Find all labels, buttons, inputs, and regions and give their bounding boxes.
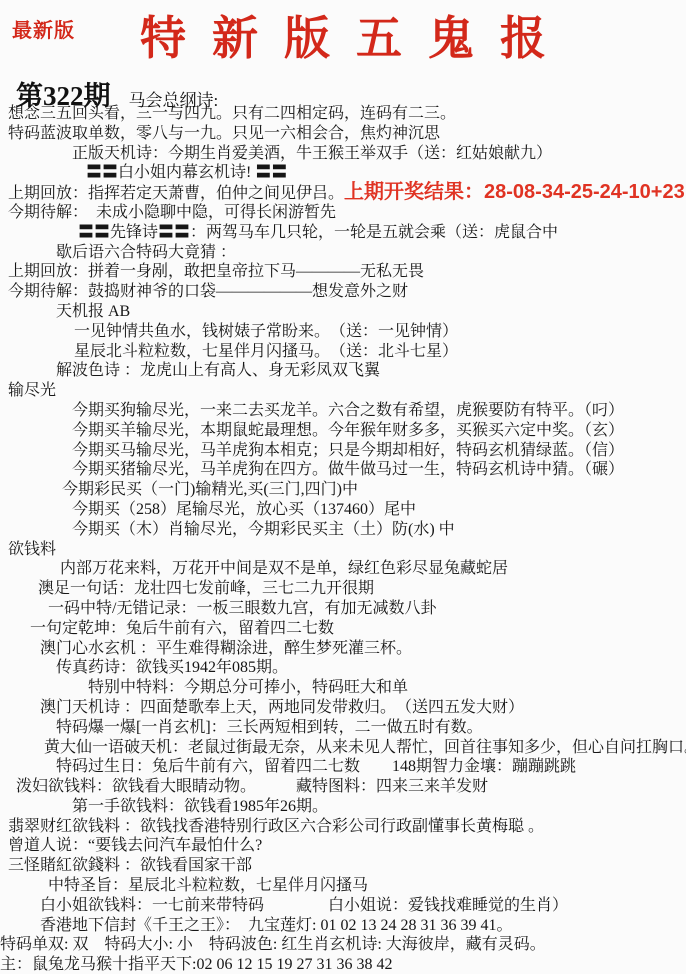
text-line: 今期待解：鼓捣财神爷的口袋——————想发意外之财 bbox=[0, 282, 686, 302]
line-text: 解波色诗 ：龙虎山上有高人、身无彩凤双飞翼 bbox=[56, 362, 380, 379]
text-line: 三怪賭紅欲錢料 ：欲钱看国家干部 bbox=[0, 856, 686, 876]
line-text: 曾道人说：“要钱去问汽车最怕什么? bbox=[8, 837, 262, 854]
line-text: 欲钱料 bbox=[8, 541, 56, 558]
report-header: 最新版 特新版五鬼报 bbox=[0, 0, 686, 70]
line-text: 中特圣旨：星辰北斗粒粒数，七星伴月闪搔马 bbox=[48, 877, 368, 894]
line-text: 特码蓝波取单数，零八与一九。只见一六相会合，焦灼神沉思 bbox=[8, 125, 440, 142]
line-text: 三怪賭紅欲錢料 ：欲钱看国家干部 bbox=[8, 857, 252, 874]
line-text: 白小姐欲钱料：一七前来带特码 白小姐说：爱钱找难睡觉的生肖） bbox=[40, 897, 568, 914]
text-line: 一码中特/无错记录：一板三眼数九宫，有加无减数八卦 bbox=[0, 599, 686, 619]
line-text: 特码单双: 双 特码大小: 小 特码波色: 红生肖玄机诗: 大海彼岸，藏有灵码。 bbox=[0, 936, 546, 953]
line-text: 〓〓先锋诗〓〓：两驾马车几只轮，一轮是五就会乘（送：虎鼠合中 bbox=[78, 224, 558, 241]
text-line: 第一手欲钱料：欲钱看1985年26期。 bbox=[0, 797, 686, 817]
text-line: 泼妇欲钱料：欲钱看大眼睛动物。 藏特图料：四来三来羊发财 bbox=[0, 777, 686, 797]
text-line: 曾道人说：“要钱去问汽车最怕什么? bbox=[0, 836, 686, 856]
text-line: 天机报 AB bbox=[0, 302, 686, 322]
line-text: 特别中特料：今期总分可捧小，特码旺大和单 bbox=[88, 679, 408, 696]
text-line: 今期待解： 未成小隐聊中隐，可得长闲游暂先 bbox=[0, 203, 686, 223]
text-line: 内部万花来料，万花开中间是双不是单，绿红色彩尽显兔藏蛇居 bbox=[0, 559, 686, 579]
content-lines: 想念三五回头看，三一与四九。只有二四相定码，连码有二三。特码蓝波取单数，零八与一… bbox=[0, 104, 686, 974]
line-text: 今期待解： 未成小隐聊中隐，可得长闲游暂先 bbox=[8, 204, 336, 221]
line-text: 内部万花来料，万花开中间是双不是单，绿红色彩尽显兔藏蛇居 bbox=[60, 560, 508, 577]
line-text: 〓〓白小姐内幕玄机诗! 〓〓 bbox=[86, 164, 287, 181]
issue-number: 第322期 bbox=[16, 74, 111, 113]
line-text: 今期买马输尽光，马羊虎狗本相克；只是今期却相好，特码玄机猜绿蓝。（信） bbox=[72, 442, 624, 459]
line-text: 泼妇欲钱料：欲钱看大眼睛动物。 藏特图料：四来三来羊发财 bbox=[16, 778, 488, 795]
text-line: 澳门天机诗 ：四面楚歌奉上天，两地同发带救归。 （送四五发大财） bbox=[0, 698, 686, 718]
text-line: 特码过生日：兔后牛前有六，留着四二七数 148期智力金壤：蹦蹦跳跳 bbox=[0, 757, 686, 777]
line-text: 今期买（258）尾输尽光，放心买（137460）尾中 bbox=[72, 501, 416, 518]
text-line: 一见钟情共鱼水，钱树婊子常盼来。 （送：一见钟情） bbox=[0, 322, 686, 342]
line-text: 特码过生日：兔后牛前有六，留着四二七数 148期智力金壤：蹦蹦跳跳 bbox=[56, 758, 576, 775]
text-line: 解波色诗 ：龙虎山上有高人、身无彩凤双飞翼 bbox=[0, 361, 686, 381]
line-text: 香港地下信封《千王之王》： 九宝莲灯: 01 02 13 24 28 31 36… bbox=[40, 917, 512, 934]
line-text: 主：鼠兔龙马猴十指平天下:02 06 12 15 19 27 31 36 38 … bbox=[0, 956, 392, 973]
line-text: 天机报 AB bbox=[56, 303, 130, 320]
text-line: 今期买猪输尽光，马羊虎狗在四方。做牛做马过一生，特码玄机诗中猜。（碾） bbox=[0, 460, 686, 480]
text-line: 上期回放：拼着一身剐，敢把皇帝拉下马————无私无畏 bbox=[0, 262, 686, 282]
line-text: 正版天机诗：今期生肖爱美酒，牛王猴王举双手（送：红姑娘献九） bbox=[72, 145, 552, 162]
text-line: 白小姐欲钱料：一七前来带特码 白小姐说：爱钱找难睡觉的生肖） bbox=[0, 896, 686, 916]
text-line: 黄大仙一语破天机：老鼠过街最无奈，从来未见人帮忙，回首往事知多少，但心自问扛胸口… bbox=[0, 738, 686, 758]
line-text: 今期买（木）肖输尽光，今期彩民买主（土）防(水) 中 bbox=[72, 521, 455, 538]
line-text: 一见钟情共鱼水，钱树婊子常盼来。 （送：一见钟情） bbox=[74, 323, 458, 340]
line-text: 今期买羊输尽光，本期鼠蛇最理想。今年猴年财多多，买猴买六定中奖。（玄） bbox=[72, 422, 624, 439]
text-line: 中特圣旨：星辰北斗粒粒数，七星伴月闪搔马 bbox=[0, 876, 686, 896]
issue-row: 第322期 马会总纲诗: bbox=[0, 74, 686, 102]
line-text: 黄大仙一语破天机：老鼠过街最无奈，从来未见人帮忙，回首往事知多少，但心自问扛胸口… bbox=[44, 739, 686, 756]
text-line: 特码爆一爆[一肖玄机]：三长两短相到转，二一做五时有数。 bbox=[0, 718, 686, 738]
previous-draw-result: 上期开奖结果：28-08-34-25-24-10+23 bbox=[344, 181, 685, 203]
line-text: 第一手欲钱料：欲钱看1985年26期。 bbox=[72, 798, 328, 815]
text-line: 〓〓先锋诗〓〓：两驾马车几只轮，一轮是五就会乘（送：虎鼠合中 bbox=[0, 223, 686, 243]
text-line: 今期买羊输尽光，本期鼠蛇最理想。今年猴年财多多，买猴买六定中奖。（玄） bbox=[0, 421, 686, 441]
text-line: 今期买马输尽光，马羊虎狗本相克；只是今期却相好，特码玄机猜绿蓝。（信） bbox=[0, 441, 686, 461]
text-line: 输尽光 bbox=[0, 381, 686, 401]
text-line: 澳门心水玄机 ：平生难得糊涂进，醉生梦死灌三杯。 bbox=[0, 639, 686, 659]
text-line: 特码单双: 双 特码大小: 小 特码波色: 红生肖玄机诗: 大海彼岸，藏有灵码。 bbox=[0, 935, 686, 955]
text-line: 今期彩民买（一门)输精光,买(三门,四门)中 bbox=[0, 480, 686, 500]
text-line: 歇后语六合特码大竟猜 ： bbox=[0, 243, 686, 263]
intro-label: 马会总纲诗: bbox=[129, 86, 219, 113]
line-text: 一句定乾坤：兔后牛前有六，留着四二七数 bbox=[30, 620, 334, 637]
line-text: 今期彩民买（一门)输精光,买(三门,四门)中 bbox=[62, 481, 358, 498]
text-line: 传真药诗：欲钱买1942年085期。 bbox=[0, 658, 686, 678]
line-text: 上期回放：指挥若定天萧曹，伯仲之间见伊吕。 bbox=[8, 185, 344, 202]
line-text: 上期回放：拼着一身剐，敢把皇帝拉下马————无私无畏 bbox=[8, 263, 424, 280]
line-text: 澳门天机诗 ：四面楚歌奉上天，两地同发带救归。 （送四五发大财） bbox=[40, 699, 524, 716]
text-line: 今期买（木）肖输尽光，今期彩民买主（土）防(水) 中 bbox=[0, 520, 686, 540]
line-text: 今期买猪输尽光，马羊虎狗在四方。做牛做马过一生，特码玄机诗中猜。（碾） bbox=[72, 461, 624, 478]
text-line: 特码蓝波取单数，零八与一九。只见一六相会合，焦灼神沉思 bbox=[0, 124, 686, 144]
text-line: 欲钱料 bbox=[0, 540, 686, 560]
text-line: 一句定乾坤：兔后牛前有六，留着四二七数 bbox=[0, 619, 686, 639]
text-line: 上期回放：指挥若定天萧曹，伯仲之间见伊吕。上期开奖结果：28-08-34-25-… bbox=[0, 183, 686, 203]
line-text: 澳足一句话：龙壮四七发前峰，三七二九开很期 bbox=[38, 580, 374, 597]
line-text: 星辰北斗粒粒数，七星伴月闪搔马。 （送：北斗七星） bbox=[74, 343, 458, 360]
text-line: 香港地下信封《千王之王》： 九宝莲灯: 01 02 13 24 28 31 36… bbox=[0, 916, 686, 936]
text-line: 主：鼠兔龙马猴十指平天下:02 06 12 15 19 27 31 36 38 … bbox=[0, 955, 686, 974]
five-ghost-report-page: 最新版 特新版五鬼报 第322期 马会总纲诗: 想念三五回头看，三一与四九。只有… bbox=[0, 0, 686, 974]
line-text: 翡翠财红欲钱料 ：欲钱找香港特别行政区六合彩公司行政副懂事长黄梅聪 。 bbox=[8, 818, 544, 835]
text-line: 星辰北斗粒粒数，七星伴月闪搔马。 （送：北斗七星） bbox=[0, 342, 686, 362]
line-text: 歇后语六合特码大竟猜 ： bbox=[56, 244, 236, 261]
line-text: 输尽光 bbox=[8, 382, 56, 399]
line-text: 传真药诗：欲钱买1942年085期。 bbox=[56, 659, 288, 676]
text-line: 今期买狗输尽光，一来二去买龙羊。六合之数有希望，虎猴要防有特平。（叼） bbox=[0, 401, 686, 421]
line-text: 澳门心水玄机 ：平生难得糊涂进，醉生梦死灌三杯。 bbox=[40, 640, 412, 657]
line-text: 今期待解：鼓捣财神爷的口袋——————想发意外之财 bbox=[8, 283, 408, 300]
line-text: 特码爆一爆[一肖玄机]：三长两短相到转，二一做五时有数。 bbox=[56, 719, 483, 736]
page-title: 特新版五鬼报 bbox=[0, 2, 686, 68]
text-line: 今期买（258）尾输尽光，放心买（137460）尾中 bbox=[0, 500, 686, 520]
text-line: 翡翠财红欲钱料 ：欲钱找香港特别行政区六合彩公司行政副懂事长黄梅聪 。 bbox=[0, 817, 686, 837]
line-text: 一码中特/无错记录：一板三眼数九宫，有加无减数八卦 bbox=[48, 600, 436, 617]
text-line: 正版天机诗：今期生肖爱美酒，牛王猴王举双手（送：红姑娘献九） bbox=[0, 144, 686, 164]
line-text: 今期买狗输尽光，一来二去买龙羊。六合之数有希望，虎猴要防有特平。（叼） bbox=[72, 402, 624, 419]
text-line: 特别中特料：今期总分可捧小，特码旺大和单 bbox=[0, 678, 686, 698]
text-line: 澳足一句话：龙壮四七发前峰，三七二九开很期 bbox=[0, 579, 686, 599]
